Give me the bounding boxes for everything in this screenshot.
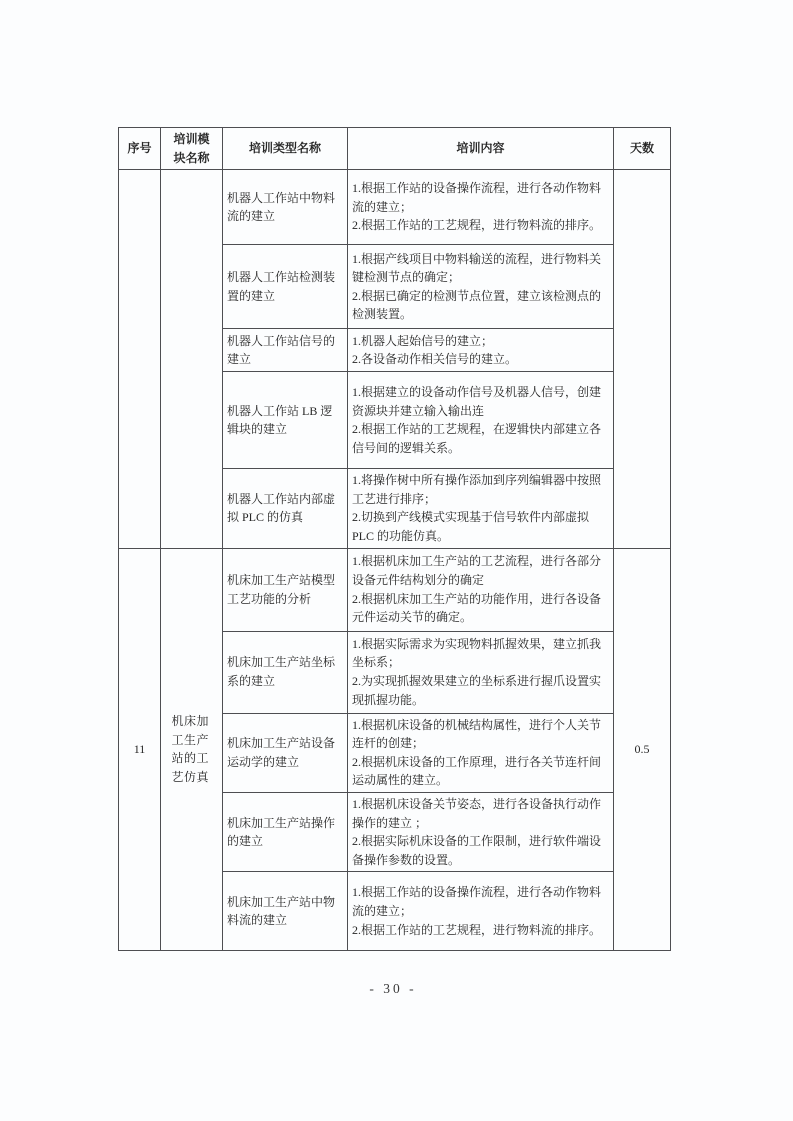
module-name: 机床加工生产站的工艺仿真 xyxy=(172,712,212,786)
cell-training-content: 1.根据机床设备的机械结构属性，进行个人关节连杆的创建； 2.根据机床设备的工作… xyxy=(348,713,614,792)
content-item: 1.根据机床设备关节姿态，进行各设备执行动作操作的建立 ； xyxy=(352,795,609,832)
content-item: 1.根据工作站的设备操作流程，进行各动作物料流的建立； xyxy=(352,883,609,920)
cell-training-type: 机床加工生产站坐标系的建立 xyxy=(223,631,348,713)
cell-training-type: 机床加工生产站设备运动学的建立 xyxy=(223,713,348,792)
cell-training-type: 机床加工生产站模型工艺功能的分析 xyxy=(223,548,348,631)
header-days: 天数 xyxy=(614,128,671,170)
content-item: 2.根据机床设备的工作原理，进行各关节连杆间运动属性的建立。 xyxy=(352,753,609,790)
content-item: 1.根据机床加工生产站的工艺流程，进行各部分设备元件结构划分的确定 xyxy=(352,552,609,589)
content-item: 2.切换到产线模式实现基于信号软件内部虚拟 PLC 的功能仿真。 xyxy=(352,508,609,545)
content-item: 1.根据产线项目中物料输送的流程，进行物料关键检测节点的确定； xyxy=(352,250,609,287)
training-table: 序号 培训模块名称 培训类型名称 培训内容 天数 机器人工作站中物料流的建立 1… xyxy=(118,127,671,951)
content-item: 2.根据工作站的工艺规程，进行物料流的排序。 xyxy=(352,216,609,235)
page-number: - 30 - xyxy=(0,981,786,997)
content-item: 1.根据工作站的设备操作流程，进行各动作物料流的建立； xyxy=(352,179,609,216)
header-content: 培训内容 xyxy=(348,128,614,170)
header-row: 序号 培训模块名称 培训类型名称 培训内容 天数 xyxy=(119,128,671,170)
content-item: 2.各设备动作相关信号的建立。 xyxy=(352,350,609,369)
content-item: 2.为实现抓握效果建立的坐标系进行握爪设置实现抓握功能。 xyxy=(352,672,609,709)
table-row: 机器人工作站中物料流的建立 1.根据工作站的设备操作流程，进行各动作物料流的建立… xyxy=(119,170,671,245)
cell-training-content: 1.根据产线项目中物料输送的流程，进行物料关键检测节点的确定； 2.根据已确定的… xyxy=(348,245,614,329)
cell-training-type: 机器人工作站中物料流的建立 xyxy=(223,170,348,245)
cell-training-content: 1.根据工作站的设备操作流程，进行各动作物料流的建立； 2.根据工作站的工艺规程… xyxy=(348,170,614,245)
header-type: 培训类型名称 xyxy=(223,128,348,170)
cell-section-module: 机床加工生产站的工艺仿真 xyxy=(161,548,223,951)
header-no: 序号 xyxy=(119,128,161,170)
cell-training-type: 机床加工生产站中物料流的建立 xyxy=(223,872,348,951)
cell-training-content: 1.根据建立的设备动作信号及机器人信号，创建资源块并建立输入输出连 2.根据工作… xyxy=(348,372,614,469)
content-item: 2.根据实际机床设备的工作限制，进行软件端设备操作参数的设置。 xyxy=(352,832,609,869)
cell-section-no: 11 xyxy=(119,548,161,951)
content-item: 1.根据实际需求为实现物料抓握效果，建立抓我坐标系； xyxy=(352,635,609,672)
cell-section-days xyxy=(614,170,671,548)
cell-training-content: 1.根据工作站的设备操作流程，进行各动作物料流的建立； 2.根据工作站的工艺规程… xyxy=(348,872,614,951)
content-item: 2.根据工作站的工艺规程，在逻辑快内部建立各信号间的逻辑关系。 xyxy=(352,420,609,457)
cell-training-content: 1.根据实际需求为实现物料抓握效果，建立抓我坐标系； 2.为实现抓握效果建立的坐… xyxy=(348,631,614,713)
cell-training-content: 1.将操作树中所有操作添加到序列编辑器中按照工艺进行排序； 2.切换到产线模式实… xyxy=(348,469,614,548)
cell-training-content: 1.机器人起始信号的建立； 2.各设备动作相关信号的建立。 xyxy=(348,329,614,372)
header-module-label: 培训模块名称 xyxy=(171,130,213,167)
cell-training-type: 机器人工作站信号的建立 xyxy=(223,329,348,372)
content-item: 1.将操作树中所有操作添加到序列编辑器中按照工艺进行排序； xyxy=(352,471,609,508)
cell-section-module xyxy=(161,170,223,548)
content-item: 2.根据已确定的检测节点位置，建立该检测点的检测装置。 xyxy=(352,287,609,324)
cell-training-type: 机床加工生产站操作的建立 xyxy=(223,792,348,871)
content-item: 2.根据工作站的工艺规程，进行物料流的排序。 xyxy=(352,921,609,940)
document-page: 序号 培训模块名称 培训类型名称 培训内容 天数 机器人工作站中物料流的建立 1… xyxy=(0,0,793,1121)
cell-training-type: 机器人工作站内部虚拟 PLC 的仿真 xyxy=(223,469,348,548)
cell-training-type: 机器人工作站 LB 逻辑块的建立 xyxy=(223,372,348,469)
content-item: 1.机器人起始信号的建立； xyxy=(352,332,609,351)
cell-training-content: 1.根据机床加工生产站的工艺流程，进行各部分设备元件结构划分的确定 2.根据机床… xyxy=(348,548,614,631)
cell-training-type: 机器人工作站检测装置的建立 xyxy=(223,245,348,329)
cell-training-content: 1.根据机床设备关节姿态，进行各设备执行动作操作的建立 ； 2.根据实际机床设备… xyxy=(348,792,614,871)
table-row: 11 机床加工生产站的工艺仿真 机床加工生产站模型工艺功能的分析 1.根据机床加… xyxy=(119,548,671,631)
header-module: 培训模块名称 xyxy=(161,128,223,170)
cell-section-days: 0.5 xyxy=(614,548,671,951)
cell-section-no xyxy=(119,170,161,548)
content-item: 1.根据建立的设备动作信号及机器人信号，创建资源块并建立输入输出连 xyxy=(352,383,609,420)
content-item: 1.根据机床设备的机械结构属性，进行个人关节连杆的创建； xyxy=(352,716,609,753)
content-item: 2.根据机床加工生产站的功能作用，进行各设备元件运动关节的确定。 xyxy=(352,590,609,627)
